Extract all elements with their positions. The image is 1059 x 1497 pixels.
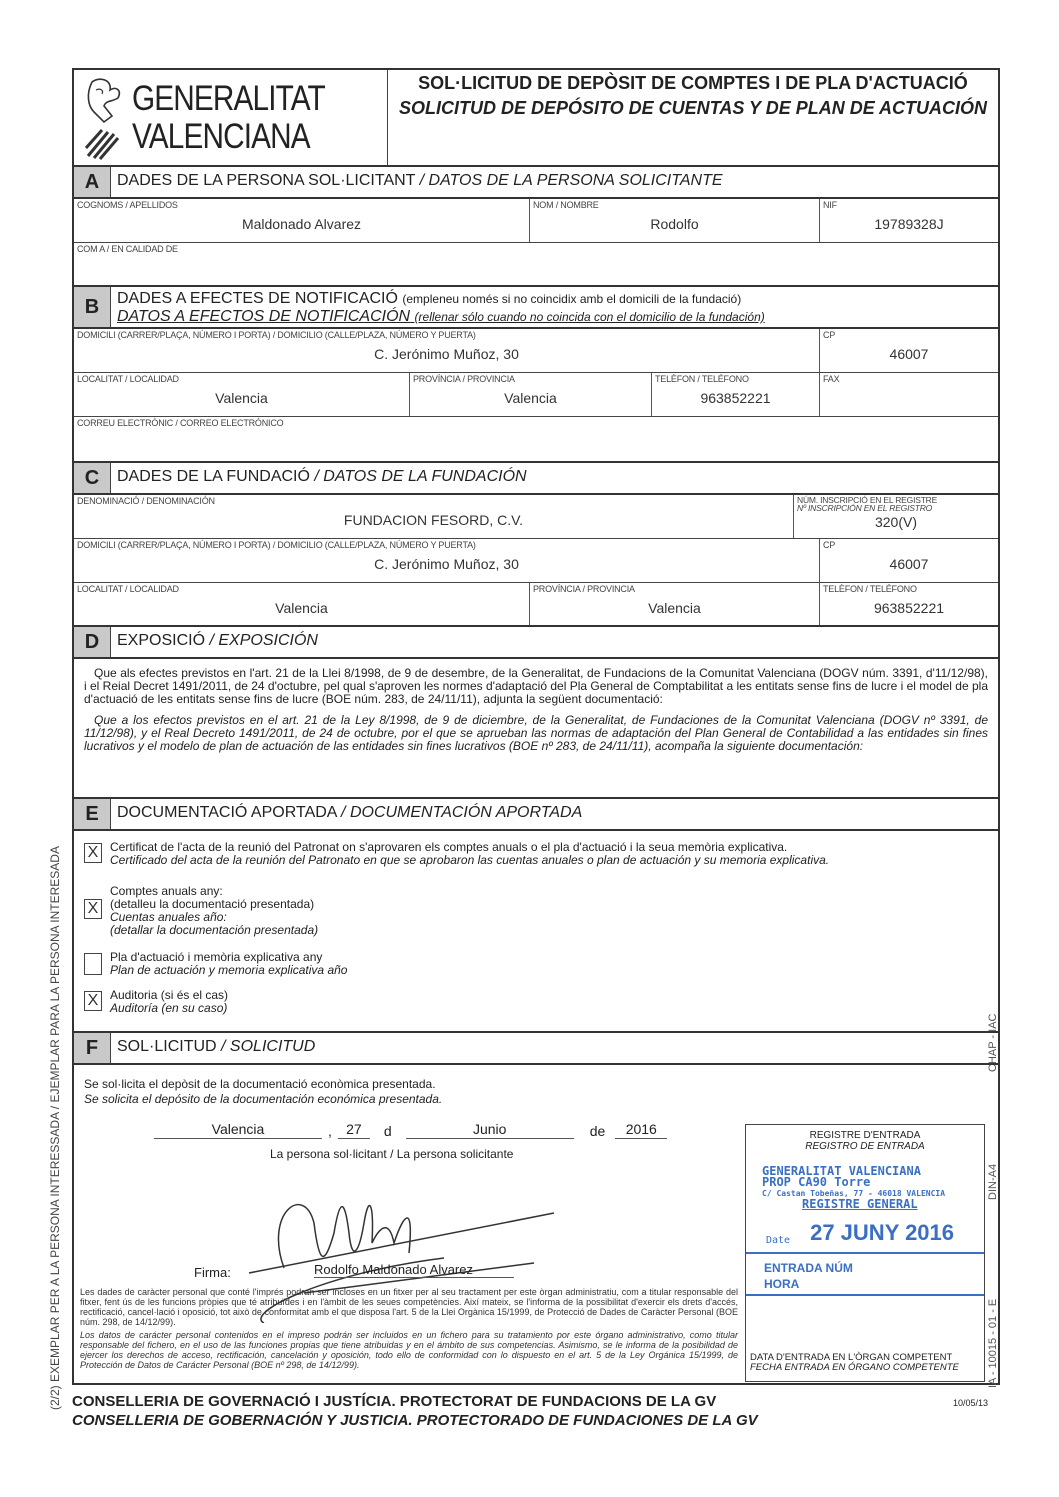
de-separator: de [590, 1123, 606, 1139]
form-title-ca: SOL·LICITUD DE DEPÒSIT DE COMPTES I DE P… [388, 74, 998, 93]
section-letter: F [74, 1033, 111, 1063]
d-separator: d [384, 1123, 392, 1139]
section-title-es: DATOS A EFECTOS DE NOTIFICACIÓN [117, 308, 410, 325]
logo-line-1: GENERALITAT [132, 80, 325, 118]
field-value: Valencia [74, 594, 529, 616]
section-letter: B [74, 287, 111, 327]
checkbox-certificat[interactable]: X [84, 843, 102, 863]
footer-line-ca: CONSELLERIA DE GOVERNACIÓ I JUSTÍCIA. PR… [72, 1393, 716, 1410]
page-footer: CONSELLERIA DE GOVERNACIÓ I JUSTÍCIA. PR… [72, 1393, 1000, 1429]
form-title: SOL·LICITUD DE DEPÒSIT DE COMPTES I DE P… [388, 70, 998, 165]
section-letter: E [74, 799, 111, 829]
field-value: 320(V) [794, 512, 998, 530]
field-label: TELÈFON / TELÉFONO [820, 583, 998, 594]
section-title-ca: SOL·LICITUD [117, 1038, 217, 1055]
logo-line-2: VALENCIANA [132, 118, 325, 156]
section-title-ca: DOCUMENTACIÓ APORTADA [117, 804, 337, 821]
right-margin-code-mid: DIN-A4 [987, 1164, 999, 1200]
section-e-header: E DOCUMENTACIÓ APORTADA / DOCUMENTACIÓN … [74, 799, 998, 831]
doc-item-auditoria: X Auditoria (si és el cas)Auditoría (en … [74, 979, 998, 1017]
field-label: PROVÍNCIA / PROVINCIA [410, 373, 651, 384]
solicitud-line-es: Se solicita el depósito de la documentac… [84, 1092, 988, 1107]
exposicio-ca: Que als efectes previstos en l'art. 21 d… [74, 659, 998, 710]
right-margin-code-bottom: IA - 10015 - 01 - E [987, 1299, 999, 1388]
section-title-ca: EXPOSICIÓ [117, 632, 205, 649]
form-header: GENERALITAT VALENCIANA SOL·LICITUD DE DE… [74, 70, 998, 167]
section-title-ca: DADES A EFECTES DE NOTIFICACIÓ [117, 290, 398, 307]
provincia-field[interactable]: PROVÍNCIA / PROVINCIA Valencia [530, 583, 820, 625]
section-d-header: D EXPOSICIÓ / EXPOSICIÓN [74, 627, 998, 659]
field-label: COM A / EN CALIDAD DE [74, 243, 998, 254]
doc-item-certificat: X Certificat de l'acta de la reunió del … [74, 835, 998, 869]
stamp-date-label: Date [766, 1235, 790, 1246]
section-note-ca: (empleneu només si no coincidix amb el d… [402, 292, 741, 306]
field-label: DOMICILI (CARRER/PLAÇA, NÚMERO I PORTA) … [74, 329, 819, 340]
day-field[interactable]: 27 [338, 1121, 370, 1139]
field-label: CP [820, 329, 998, 340]
registry-title-es: REGISTRO DE ENTRADA [746, 1141, 984, 1152]
solicitud-line-ca: Se sol·licita el depòsit de la documenta… [84, 1077, 988, 1092]
field-value [74, 428, 998, 434]
field-label: Nº INSCRIPCIÓN EN EL REGISTRO [797, 503, 932, 513]
registry-title-ca: REGISTRE D'ENTRADA [746, 1130, 984, 1141]
field-value: 963852221 [820, 594, 998, 616]
correu-field[interactable]: CORREU ELECTRÒNIC / CORREO ELECTRÓNICO [74, 417, 998, 461]
field-value [74, 254, 998, 260]
place-field[interactable]: Valencia [154, 1121, 322, 1139]
stamp-line-2: PROP CA90 Torre [762, 1177, 984, 1188]
item-label-es: Auditoría (en su caso) [110, 1002, 228, 1015]
section-title-ca: DADES DE LA PERSONA SOL·LICITANT [117, 172, 415, 189]
section-title-es: / SOLICITUD [221, 1038, 315, 1055]
domicili-field[interactable]: DOMICILI (CARRER/PLAÇA, NÚMERO I PORTA) … [74, 539, 820, 582]
field-value: FUNDACION FESORD, C.V. [74, 506, 793, 528]
field-value: Valencia [410, 384, 651, 406]
registry-footer-es: FECHA ENTRADA EN ÓRGANO COMPETENTE [750, 1363, 959, 1373]
doc-item-comptes: X Comptes anuals any:(detalleu la docume… [74, 869, 998, 939]
left-margin-note: (2/2) EXEMPLAR PER A LA PERSONA INTERESS… [48, 846, 62, 1410]
generalitat-logo: GENERALITAT VALENCIANA [74, 70, 388, 165]
section-note-es: (rellenar sólo cuando no coincida con el… [415, 310, 765, 324]
month-field[interactable]: Junio [406, 1121, 574, 1139]
field-value: Valencia [530, 594, 819, 616]
field-label: NOM / NOMBRE [530, 199, 819, 210]
domicili-field[interactable]: DOMICILI (CARRER/PLAÇA, NÚMERO I PORTA) … [74, 329, 820, 372]
field-label: TELÈFON / TELÉFONO [652, 373, 819, 384]
section-letter: A [74, 167, 111, 197]
coat-of-arms-icon [82, 76, 126, 160]
denominacio-field[interactable]: DENOMINACIÓ / DENOMINACIÓN FUNDACION FES… [74, 495, 794, 538]
field-label: LOCALITAT / LOCALIDAD [74, 583, 529, 594]
field-value: 46007 [820, 340, 998, 362]
signer-name: Rodolfo Maldonado Alvarez [314, 1262, 514, 1278]
section-c-header: C DADES DE LA FUNDACIÓ / DATOS DE LA FUN… [74, 463, 998, 495]
field-value [820, 384, 998, 390]
localitat-field[interactable]: LOCALITAT / LOCALIDAD Valencia [74, 583, 530, 625]
section-letter: D [74, 627, 111, 657]
section-title-es: / DOCUMENTACIÓN APORTADA [341, 804, 582, 821]
stamp-entrada-label: ENTRADA NÚM [764, 1260, 984, 1276]
form-title-es: SOLICITUD DE DEPÓSITO DE CUENTAS Y DE PL… [388, 99, 998, 118]
section-f-header: F SOL·LICITUD / SOLICITUD [74, 1033, 998, 1065]
comma: , [328, 1123, 332, 1139]
registry-stamp-box: REGISTRE D'ENTRADAREGISTRO DE ENTRADA GE… [745, 1124, 985, 1382]
cognoms-field[interactable]: COGNOMS / APELLIDOS Maldonado Alvarez [74, 199, 530, 242]
field-value: Valencia [74, 384, 409, 406]
field-value: Rodolfo [530, 210, 819, 232]
inscripcio-field[interactable]: NÚM. INSCRIPCIÓ EN EL REGISTRENº INSCRIP… [794, 495, 998, 538]
cp-field[interactable]: CP 46007 [820, 329, 998, 372]
field-value: 963852221 [652, 384, 819, 406]
section-title-ca: DADES DE LA FUNDACIÓ [117, 468, 310, 485]
field-label: DOMICILI (CARRER/PLAÇA, NÚMERO I PORTA) … [74, 539, 819, 550]
field-label: LOCALITAT / LOCALIDAD [74, 373, 409, 384]
exposicio-body: Que als efectes previstos en l'art. 21 d… [74, 659, 998, 799]
section-title-es: / DATOS DE LA PERSONA SOLICITANTE [420, 172, 723, 189]
cp-field[interactable]: CP 46007 [820, 539, 998, 582]
field-label: CORREU ELECTRÒNIC / CORREO ELECTRÓNICO [74, 417, 998, 428]
right-margin-code-top: CHAP - IAC [987, 1014, 999, 1072]
provincia-field[interactable]: PROVÍNCIA / PROVINCIA Valencia [410, 373, 652, 416]
item-label-es: Certificado del acta de la reunión del P… [110, 854, 829, 867]
documentation-list: X Certificat de l'acta de la reunió del … [74, 831, 998, 1033]
checkbox-comptes[interactable]: X [84, 899, 102, 919]
field-label: NIF [820, 199, 998, 210]
checkbox-auditoria[interactable]: X [84, 991, 102, 1011]
year-field[interactable]: 2016 [615, 1121, 667, 1139]
field-label: CP [820, 539, 998, 550]
legal-text-es: Los datos de carácter personal contenido… [74, 1330, 744, 1370]
field-value: C. Jerónimo Muñoz, 30 [74, 340, 819, 362]
section-title-es: / DATOS DE LA FUNDACIÓN [314, 468, 526, 485]
doc-item-pla: Pla d'actuació i memòria explicativa any… [74, 939, 998, 979]
field-value: 19789328J [820, 210, 998, 232]
section-b-header: B DADES A EFECTES DE NOTIFICACIÓ (emplen… [74, 287, 998, 329]
field-label: PROVÍNCIA / PROVINCIA [530, 583, 819, 594]
field-label: DENOMINACIÓ / DENOMINACIÓN [74, 495, 793, 506]
section-title-es: / EXPOSICIÓN [209, 632, 317, 649]
stamp-date-value: 27 JUNY 2016 [810, 1220, 954, 1246]
com-a-field[interactable]: COM A / EN CALIDAD DE [74, 243, 998, 285]
localitat-field[interactable]: LOCALITAT / LOCALIDAD Valencia [74, 373, 410, 416]
checkbox-pla[interactable] [84, 953, 102, 975]
field-value: 46007 [820, 550, 998, 572]
footer-line-es: CONSELLERIA DE GOBERNACIÓN Y JUSTICIA. P… [72, 1412, 1000, 1429]
telefon-field[interactable]: TELÈFON / TELÉFONO 963852221 [820, 583, 998, 625]
firma-label: Firma: [194, 1265, 231, 1280]
item-label-es: (detallar la documentación presentada) [110, 924, 318, 937]
legal-text-ca: Les dades de caràcter personal que conté… [74, 1287, 744, 1327]
section-letter: C [74, 463, 111, 493]
exposicio-es: Que a los efectos previstos en el art. 2… [74, 710, 998, 757]
nom-field[interactable]: NOM / NOMBRE Rodolfo [530, 199, 820, 242]
field-label: FAX [820, 373, 998, 384]
footer-version-date: 10/05/13 [953, 1398, 988, 1408]
item-label-es: Plan de actuación y memoria explicativa … [110, 964, 347, 977]
stamp-hora-label: HORA [764, 1276, 984, 1292]
section-a-header: A DADES DE LA PERSONA SOL·LICITANT / DAT… [74, 167, 998, 199]
fax-field[interactable]: FAX [820, 373, 998, 416]
field-value: Maldonado Alvarez [74, 210, 529, 232]
telefon-field[interactable]: TELÈFON / TELÉFONO 963852221 [652, 373, 820, 416]
stamp-line-4: REGISTRE GENERAL [802, 1199, 984, 1210]
field-label: COGNOMS / APELLIDOS [74, 199, 529, 210]
field-value: C. Jerónimo Muñoz, 30 [74, 550, 819, 572]
nif-field[interactable]: NIF 19789328J [820, 199, 998, 242]
